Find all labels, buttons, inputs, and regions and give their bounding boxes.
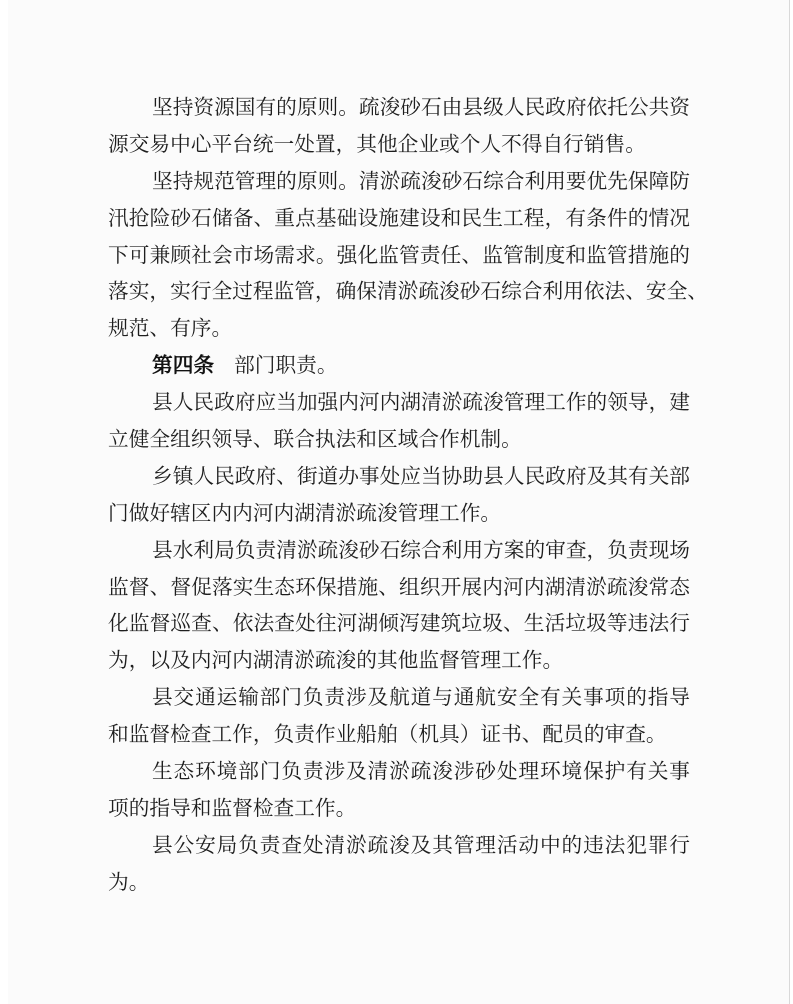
text-line: 生态环境部门负责涉及清淤疏浚涉砂处理环境保护有关事 — [108, 753, 690, 790]
text-line: 县公安局负责查处清淤疏浚及其管理活动中的违法犯罪行 — [108, 827, 690, 864]
text-line: 门做好辖区内内河内湖清淤疏浚管理工作。 — [108, 495, 690, 532]
text-line: 立健全组织领导、联合执法和区域合作机制。 — [108, 421, 690, 458]
text-line: 坚持资源国有的原则。疏浚砂石由县级人民政府依托公共资 — [108, 89, 690, 126]
article-subject: 部门职责。 — [234, 353, 337, 377]
text-line: 坚持规范管理的原则。清淤疏浚砂石综合利用要优先保障防 — [108, 163, 690, 200]
article-heading: 第四条部门职责。 — [108, 347, 690, 384]
text-line: 县人民政府应当加强内河内湖清淤疏浚管理工作的领导，建 — [108, 384, 690, 421]
document-body: 坚持资源国有的原则。疏浚砂石由县级人民政府依托公共资 源交易中心平台统一处置，其… — [108, 89, 690, 901]
text-line: 为，以及内河内湖清淤疏浚的其他监督管理工作。 — [108, 642, 690, 679]
text-line: 汛抢险砂石储备、重点基础设施建设和民生工程，有条件的情况 — [108, 200, 690, 237]
text-line: 化监督巡查、依法查处往河湖倾泻建筑垃圾、生活垃圾等违法行 — [108, 605, 690, 642]
paragraph-transportation-department: 县交通运输部门负责涉及航道与通航安全有关事项的指导 和监督检查工作，负责作业船舶… — [108, 679, 690, 753]
text-line: 乡镇人民政府、街道办事处应当协助县人民政府及其有关部 — [108, 458, 690, 495]
text-line: 和监督检查工作，负责作业船舶（机具）证书、配员的审查。 — [108, 716, 690, 753]
text-line: 源交易中心平台统一处置，其他企业或个人不得自行销售。 — [108, 126, 690, 163]
article-heading-line: 第四条部门职责。 — [108, 347, 690, 384]
text-line: 项的指导和监督检查工作。 — [108, 790, 690, 827]
paragraph-standardized-management: 坚持规范管理的原则。清淤疏浚砂石综合利用要优先保障防 汛抢险砂石储备、重点基础设… — [108, 163, 690, 347]
document-page: 坚持资源国有的原则。疏浚砂石由县级人民政府依托公共资 源交易中心平台统一处置，其… — [8, 0, 790, 1004]
text-line: 落实，实行全过程监管，确保清淤疏浚砂石综合利用依法、安全、 — [108, 273, 690, 310]
text-line: 监督、督促落实生态环保措施、组织开展内河内湖清淤疏浚常态 — [108, 569, 690, 606]
text-line: 为。 — [108, 864, 690, 901]
paragraph-public-security-bureau: 县公安局负责查处清淤疏浚及其管理活动中的违法犯罪行 为。 — [108, 827, 690, 901]
text-line: 规范、有序。 — [108, 310, 690, 347]
paragraph-township-governments: 乡镇人民政府、街道办事处应当协助县人民政府及其有关部 门做好辖区内内河内湖清淤疏… — [108, 458, 690, 532]
paragraph-county-government: 县人民政府应当加强内河内湖清淤疏浚管理工作的领导，建 立健全组织领导、联合执法和… — [108, 384, 690, 458]
text-line: 县水利局负责清淤疏浚砂石综合利用方案的审查，负责现场 — [108, 532, 690, 569]
paragraph-ecology-environment-department: 生态环境部门负责涉及清淤疏浚涉砂处理环境保护有关事 项的指导和监督检查工作。 — [108, 753, 690, 827]
text-line: 下可兼顾社会市场需求。强化监管责任、监管制度和监管措施的 — [108, 237, 690, 274]
article-number: 第四条 — [152, 353, 214, 377]
paragraph-water-resources-bureau: 县水利局负责清淤疏浚砂石综合利用方案的审查，负责现场 监督、督促落实生态环保措施… — [108, 532, 690, 680]
text-line: 县交通运输部门负责涉及航道与通航安全有关事项的指导 — [108, 679, 690, 716]
paragraph-resource-state-owned: 坚持资源国有的原则。疏浚砂石由县级人民政府依托公共资 源交易中心平台统一处置，其… — [108, 89, 690, 163]
